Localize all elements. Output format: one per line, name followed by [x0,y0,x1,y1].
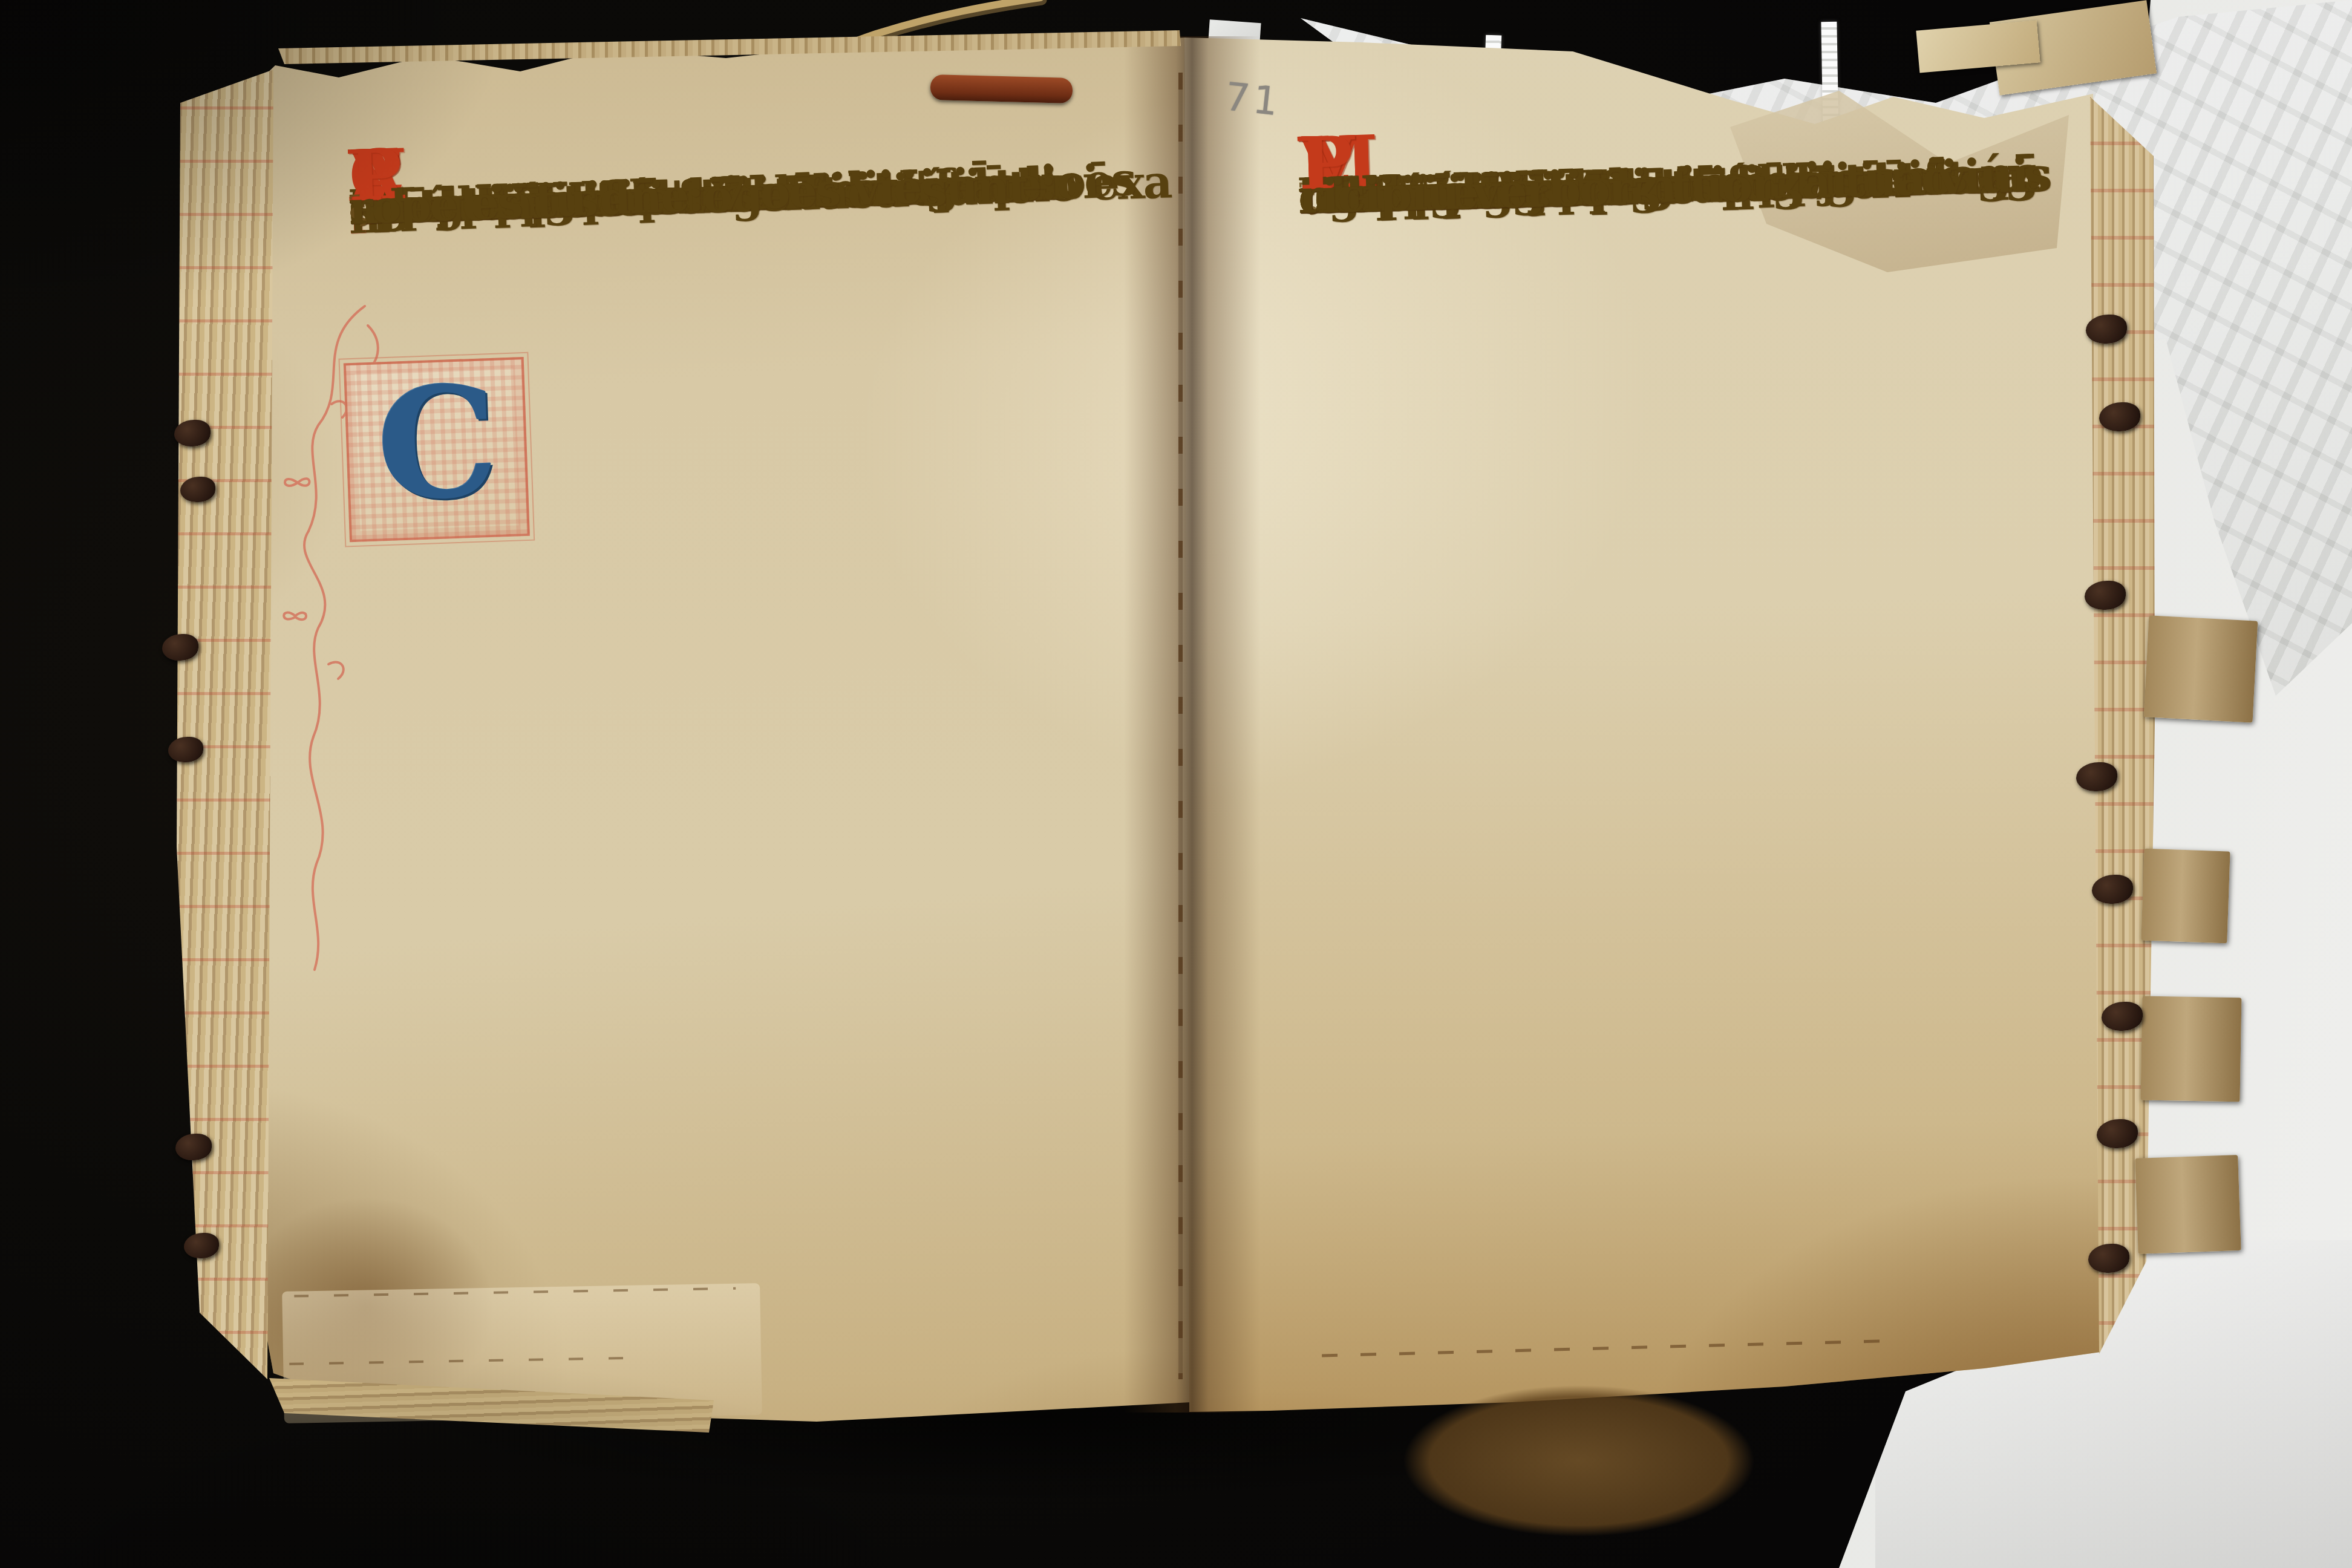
bookmark-knot [162,634,198,661]
manuscript-photograph: 71 C mādata tua meditatio mea est.Eq́tas… [0,0,2352,1568]
index-tab [2141,996,2242,1102]
bookmark-knot [2099,402,2140,431]
folio-number: 71 [1223,74,1284,125]
bookmark-knot [2092,875,2133,904]
stain-bottom-right [1403,1385,1754,1537]
bookmark-knot [175,1134,212,1160]
bookmark-knot [2085,581,2126,610]
decorated-initial-C: C [345,351,527,531]
bookmark-knot [2088,1244,2129,1273]
index-tab [2144,615,2258,722]
bookmark-knot [174,420,211,446]
bookmark-knot [180,477,215,502]
gutter [1124,36,1260,1413]
text-segment: ricipiū verborʒ tuorʒ [1298,151,1799,230]
decorated-initial-panel: C [344,357,530,542]
gutter-stitching [1178,73,1183,1379]
index-tab [2135,1155,2241,1254]
bookmark-knot [2097,1119,2138,1148]
leather-strap [930,74,1073,103]
bookmark-knot [184,1233,219,1258]
bookmark-knot [2102,1002,2143,1031]
bookmark-knot [2086,315,2127,344]
index-tab [2141,849,2230,944]
bookmark-knot [168,737,203,762]
bookmark-knot [2076,762,2117,791]
